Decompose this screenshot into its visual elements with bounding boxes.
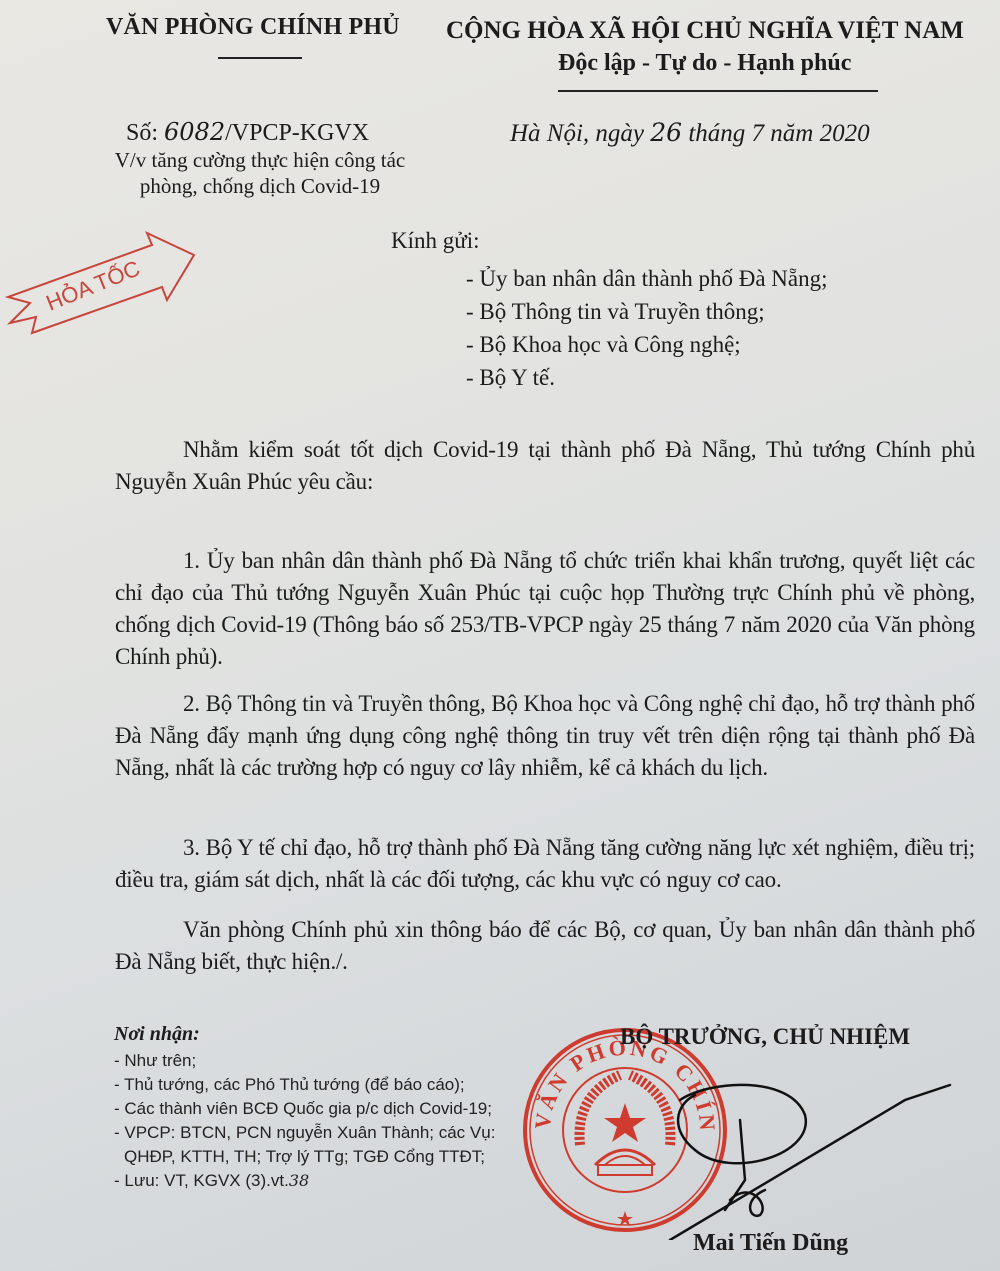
issuing-organization: VĂN PHÒNG CHÍNH PHỦ <box>106 14 400 41</box>
doc-number-suffix: /VPCP-KGVX <box>225 120 369 146</box>
urgent-stamp-label: HỎA TỐC <box>42 255 143 316</box>
place-and-date: Hà Nội, ngày 26 tháng 7 năm 2020 <box>510 118 870 148</box>
urgent-stamp: HỎA TỐC <box>2 225 202 335</box>
recipient-item: - Bộ Thông tin và Truyền thông; <box>466 295 828 328</box>
motto-underline <box>558 90 878 92</box>
document-number: Số: 6082/VPCP-KGVX <box>126 118 369 147</box>
body-closing: Văn phòng Chính phủ xin thông báo để các… <box>115 914 975 978</box>
body-item-2: 2. Bộ Thông tin và Truyền thông, Bộ Khoa… <box>115 688 975 784</box>
national-motto: Độc lập - Tự do - Hạnh phúc <box>558 50 851 77</box>
body-item-1: 1. Ủy ban nhân dân thành phố Đà Nẵng tổ … <box>115 545 975 673</box>
place-date-suffix: tháng 7 năm 2020 <box>682 120 870 147</box>
received-title: Nơi nhận: <box>114 1023 200 1046</box>
body-item-1-text: 1. Ủy ban nhân dân thành phố Đà Nẵng tổ … <box>115 548 975 669</box>
body-item-3: 3. Bộ Y tế chỉ đạo, hỗ trợ thành phố Đà … <box>115 832 975 896</box>
signer-name: Mai Tiến Dũng <box>693 1230 848 1257</box>
received-item: - Như trên; <box>114 1049 495 1073</box>
archive-prefix: - Lưu: VT, KGVX (3).vt. <box>114 1171 289 1190</box>
national-title: CỘNG HÒA XÃ HỘI CHỦ NGHĨA VIỆT NAM <box>446 17 964 45</box>
recipient-item: - Bộ Y tế. <box>466 361 828 394</box>
received-list: - Như trên; - Thủ tướng, các Phó Thủ tướ… <box>114 1049 495 1193</box>
body-intro-text: Nhằm kiểm soát tốt dịch Covid-19 tại thà… <box>115 437 975 494</box>
handwritten-signature <box>650 1060 970 1240</box>
official-document: VĂN PHÒNG CHÍNH PHỦ CỘNG HÒA XÃ HỘI CHỦ … <box>0 0 1000 1271</box>
received-item: - VPCP: BTCN, PCN nguyễn Xuân Thành; các… <box>114 1121 495 1145</box>
day-handwritten: 26 <box>650 118 682 147</box>
greeting: Kính gửi: <box>391 228 480 254</box>
urgent-arrow-icon: HỎA TỐC <box>2 225 202 335</box>
archive-line: - Lưu: VT, KGVX (3).vt.38 <box>114 1169 495 1193</box>
received-item: - Các thành viên BCĐ Quốc gia p/c dịch C… <box>114 1097 495 1121</box>
signer-title: BỘ TRƯỞNG, CHỦ NHIỆM <box>620 1024 910 1050</box>
organization-underline <box>218 57 302 59</box>
body-closing-text: Văn phòng Chính phủ xin thông báo để các… <box>115 917 975 974</box>
recipient-list: - Ủy ban nhân dân thành phố Đà Nẵng; - B… <box>466 262 828 394</box>
body-intro: Nhằm kiểm soát tốt dịch Covid-19 tại thà… <box>115 434 975 498</box>
received-item: - Thủ tướng, các Phó Thủ tướng (để báo c… <box>114 1073 495 1097</box>
signature-icon <box>650 1060 970 1240</box>
recipient-item: - Ủy ban nhân dân thành phố Đà Nẵng; <box>466 262 828 295</box>
archive-handwritten: 38 <box>289 1171 309 1190</box>
document-subject: V/v tăng cường thực hiện công tác phòng,… <box>90 147 430 199</box>
place-date-prefix: Hà Nội, ngày <box>510 120 650 147</box>
body-item-3-text: 3. Bộ Y tế chỉ đạo, hỗ trợ thành phố Đà … <box>115 835 975 892</box>
recipient-item: - Bộ Khoa học và Công nghệ; <box>466 328 828 361</box>
doc-number-prefix: Số: <box>126 120 164 146</box>
doc-number-handwritten: 6082 <box>164 118 225 146</box>
body-item-2-text: 2. Bộ Thông tin và Truyền thông, Bộ Khoa… <box>115 691 975 780</box>
received-item: QHĐP, KTTH, TH; Trợ lý TTg; TGĐ Cổng TTĐ… <box>114 1145 495 1169</box>
